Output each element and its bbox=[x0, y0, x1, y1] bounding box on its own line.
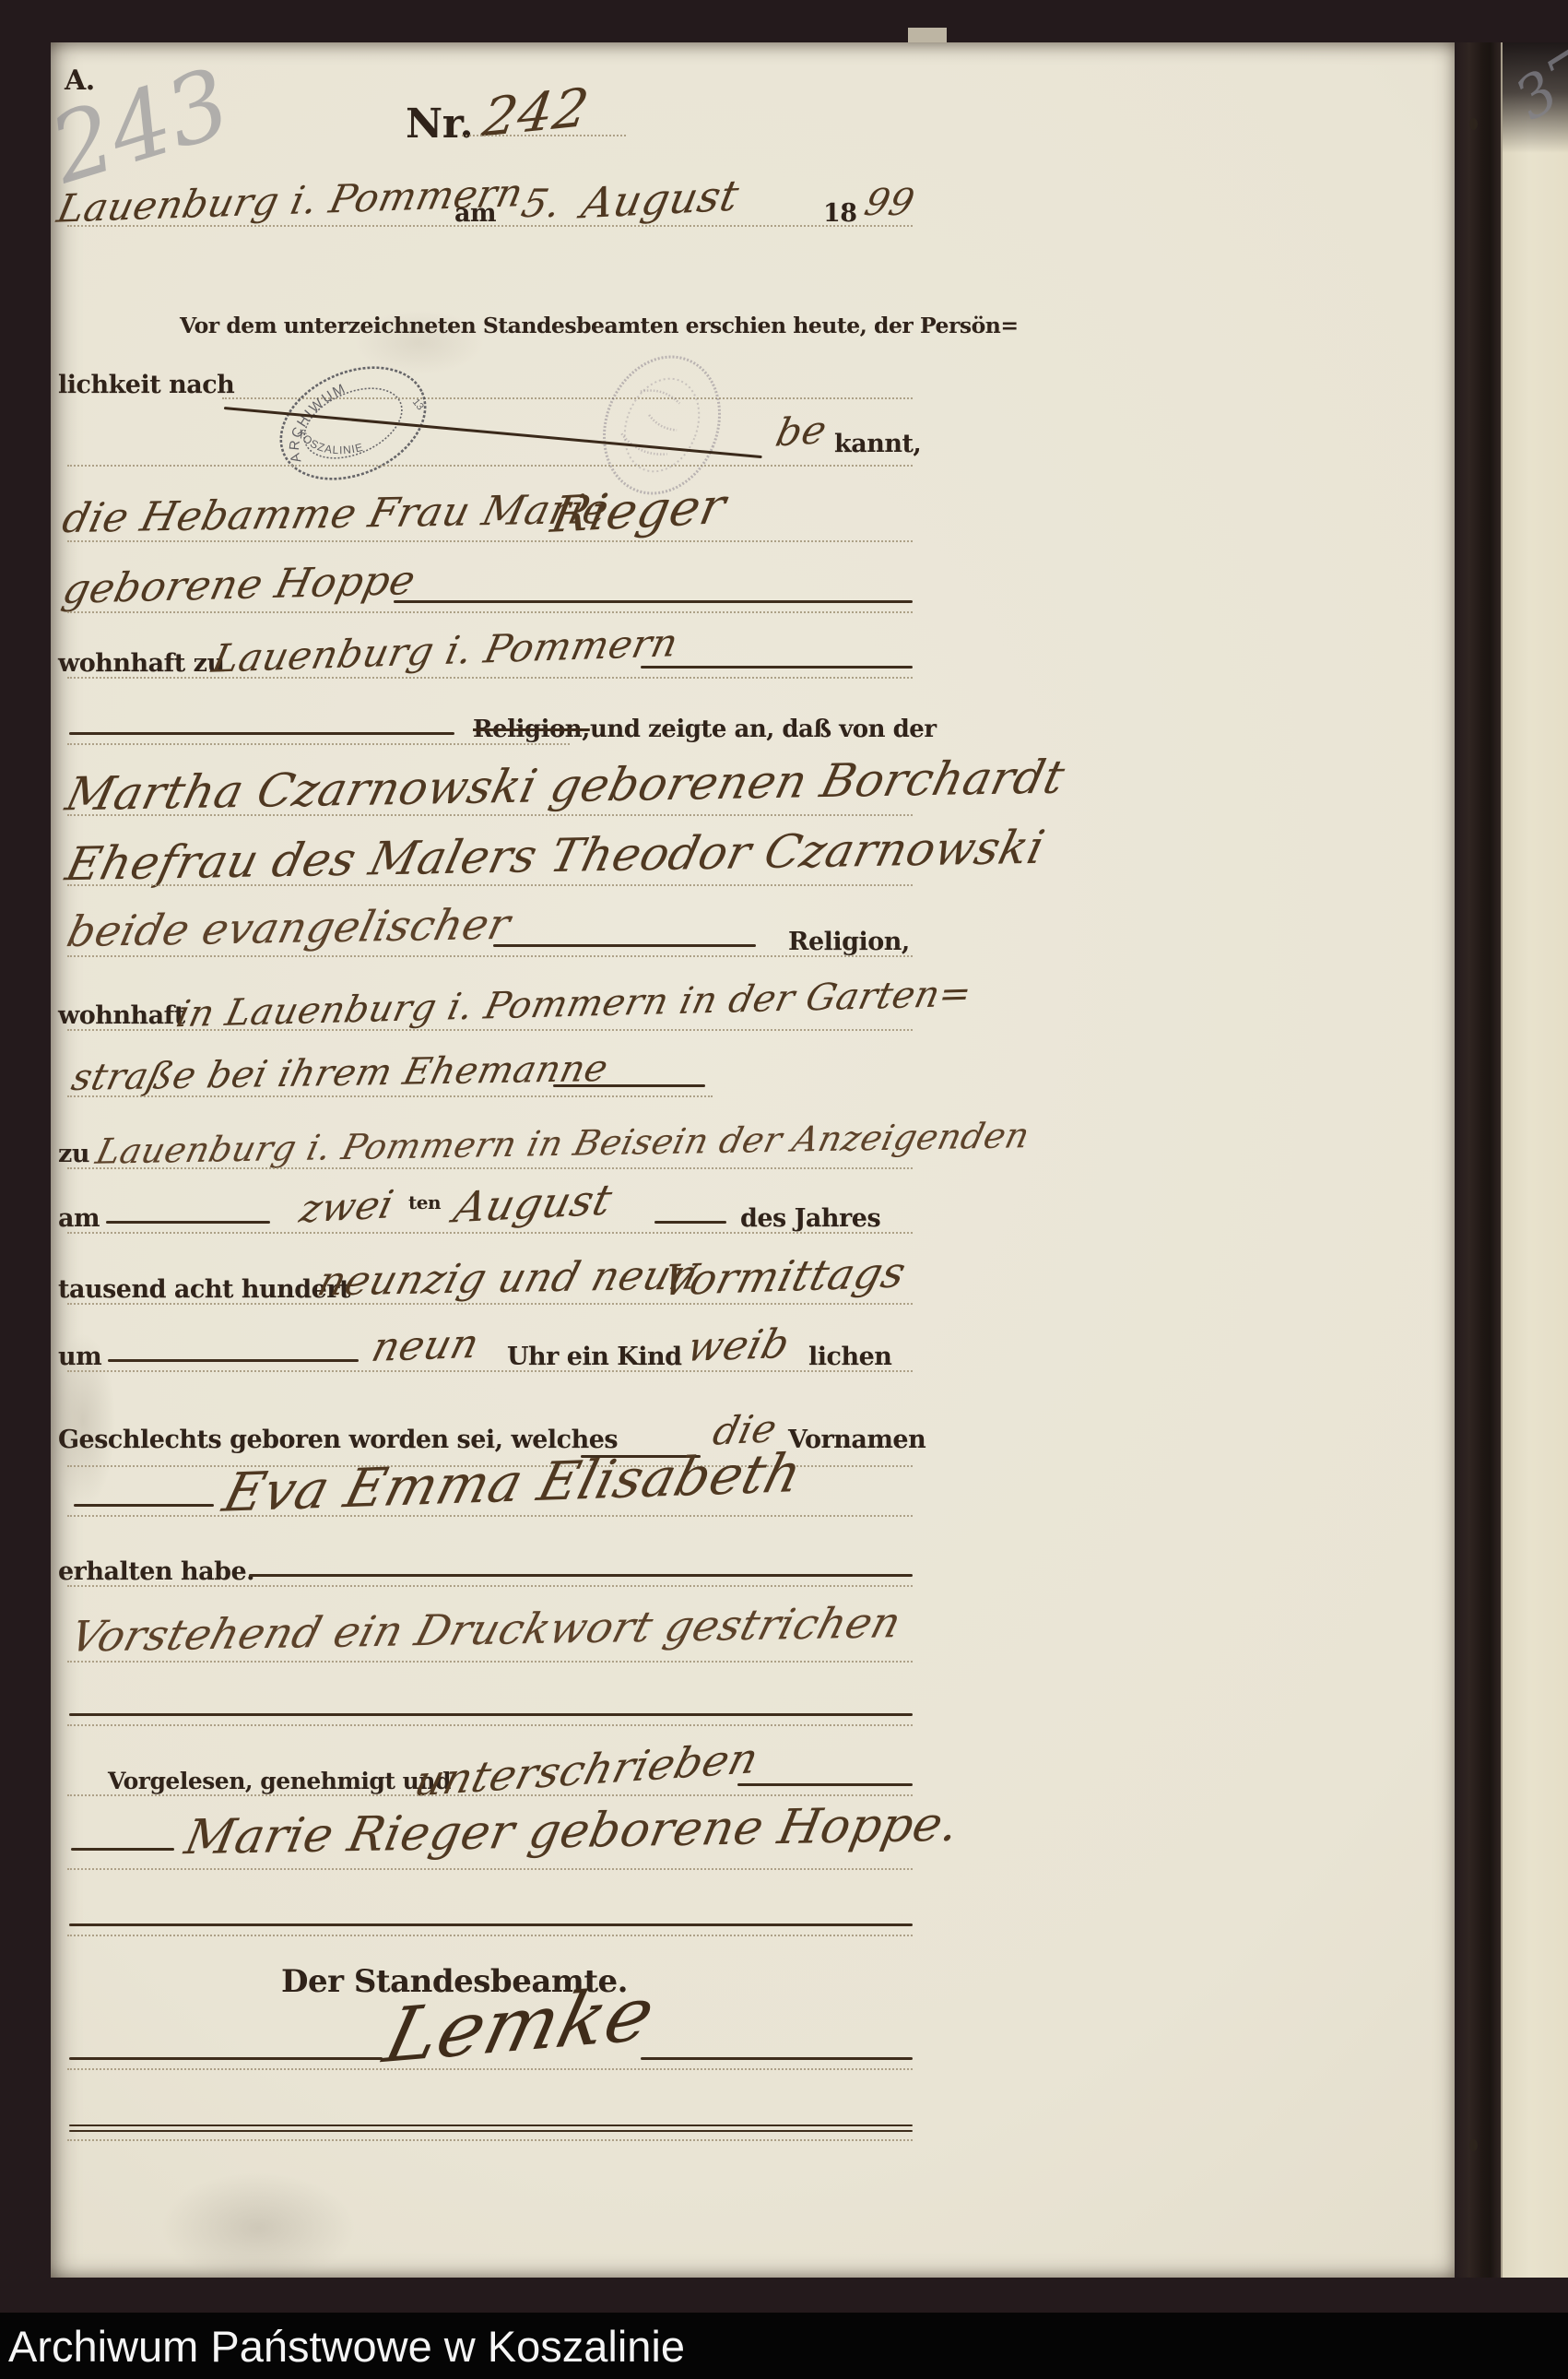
birth-month-handwriting: August bbox=[450, 1178, 617, 1230]
binding-stitch bbox=[1469, 2139, 1478, 2151]
lichen-printed: lichen bbox=[808, 1344, 891, 1370]
declarant-line2-handwriting: geborene Hoppe bbox=[59, 560, 419, 611]
declarant-signature-handwriting: Marie Rieger geborene Hoppe. bbox=[181, 1800, 962, 1864]
mother-husband-handwriting: Ehefrau des Malers Theodor Czarnowski bbox=[62, 823, 1049, 889]
birth-hour-handwriting: neun bbox=[368, 1323, 484, 1369]
register-page: A. 243 Nr. 242 Lauenburg i. Pommern am 5… bbox=[51, 42, 1455, 2278]
dateline-year-handwriting: 99 bbox=[861, 183, 918, 222]
dotted-baseline bbox=[67, 225, 913, 227]
dotted-baseline bbox=[67, 465, 913, 467]
archive-scan: 37 A. 243 Nr. 242 Lauenburg i. Pommern a… bbox=[0, 0, 1568, 2379]
ink-rule bbox=[641, 2057, 913, 2060]
dateline-month-handwriting: August bbox=[578, 173, 742, 226]
dateline-century-printed: 18 bbox=[823, 201, 857, 227]
page-top-notch bbox=[908, 28, 947, 43]
ink-rule bbox=[74, 1504, 214, 1507]
des-jahres-printed: des Jahres bbox=[740, 1206, 880, 1232]
dotted-baseline bbox=[67, 1167, 913, 1169]
dateline-am-printed: am bbox=[454, 201, 496, 227]
ink-rule bbox=[69, 732, 454, 735]
dotted-baseline bbox=[67, 1029, 913, 1031]
declarant-line1-handwriting: die Hebamme Frau Marie bbox=[58, 489, 612, 540]
um-printed: um bbox=[58, 1344, 101, 1370]
mother-name-handwriting: Martha Czarnowski geborenen Borchardt bbox=[62, 753, 1069, 819]
intro-line1-printed: Vor dem unterzeichneten Standesbeamten e… bbox=[180, 314, 1019, 337]
geschlechts-printed: Geschlechts geboren worden sei, welches bbox=[58, 1427, 618, 1453]
archive-name-label: Archiwum Państwowe w Koszalinie bbox=[8, 2321, 685, 2372]
dotted-baseline bbox=[67, 1370, 913, 1372]
correction-note-handwriting: Vorstehend ein Druckwort gestrichen bbox=[65, 1600, 906, 1659]
dateline-day-handwriting: 5. bbox=[518, 183, 566, 224]
registrar-signature-handwriting: Lemke bbox=[377, 1975, 662, 2077]
dotted-baseline bbox=[67, 540, 913, 542]
dotted-baseline bbox=[462, 135, 626, 136]
ink-rule bbox=[69, 2130, 913, 2132]
dotted-baseline bbox=[67, 1661, 913, 1663]
ink-rule bbox=[71, 1848, 174, 1851]
dotted-baseline bbox=[67, 1935, 913, 1936]
daytime-handwriting: Vormittags bbox=[658, 1249, 911, 1302]
ink-rule bbox=[69, 2057, 383, 2060]
day-suffix-printed: ten bbox=[408, 1193, 441, 1213]
sex-handwriting: weib bbox=[683, 1323, 795, 1369]
religion-word-printed: Religion, bbox=[788, 929, 910, 955]
zeigte-an-printed: und zeigte an, daß von der bbox=[590, 717, 937, 742]
birth-year-handwriting: neunzig und neun bbox=[313, 1254, 703, 1303]
paper-stain bbox=[161, 2172, 355, 2283]
religion-word-struck-printed: Religion, bbox=[473, 717, 590, 742]
archive-caption-bar: Archiwum Państwowe w Koszalinie bbox=[0, 2313, 1568, 2379]
am-printed: am bbox=[58, 1206, 100, 1232]
ink-rule bbox=[737, 1783, 913, 1786]
ink-rule bbox=[69, 1923, 913, 1926]
uhr-ein-kind-printed: Uhr ein Kind bbox=[507, 1344, 682, 1370]
dotted-baseline bbox=[67, 611, 913, 613]
ink-rule bbox=[654, 1221, 726, 1224]
ink-rule bbox=[69, 1713, 913, 1716]
dotted-baseline bbox=[67, 2139, 913, 2141]
dotted-baseline bbox=[67, 1794, 913, 1796]
ink-rule bbox=[553, 1084, 705, 1087]
dotted-baseline bbox=[67, 884, 913, 886]
dotted-baseline bbox=[67, 955, 913, 957]
residence-place-handwriting: Lauenburg i. Pommern bbox=[208, 622, 681, 680]
mother-residence-handwriting: in Lauenburg i. Pommern in der Garten= bbox=[173, 975, 975, 1034]
dotted-baseline bbox=[67, 1515, 913, 1517]
dotted-baseline bbox=[67, 743, 570, 745]
dotted-baseline bbox=[67, 2068, 913, 2070]
dotted-baseline bbox=[67, 1303, 913, 1305]
dotted-baseline bbox=[67, 1095, 713, 1097]
next-page-edge: 37 bbox=[1501, 42, 1568, 2278]
dotted-baseline bbox=[67, 1724, 913, 1726]
dotted-baseline bbox=[67, 1585, 913, 1587]
child-names-handwriting: Eva Emma Elisabeth bbox=[218, 1445, 808, 1521]
dotted-baseline bbox=[67, 677, 913, 679]
birthplace-handwriting: Lauenburg i. Pommern in Beisein der Anze… bbox=[92, 1118, 1032, 1170]
dotted-baseline bbox=[67, 1868, 913, 1870]
residence-label-printed: wohnhaft zu bbox=[58, 651, 225, 677]
bekannt-handwriting: be bbox=[772, 409, 831, 454]
ink-rule bbox=[108, 1359, 359, 1362]
ink-rule bbox=[641, 666, 913, 669]
zu-printed: zu bbox=[58, 1142, 89, 1167]
unterschrieben-handwriting: unterschrieben bbox=[410, 1735, 763, 1804]
erhalten-printed: erhalten habe. bbox=[58, 1559, 254, 1585]
declarant-surname-handwriting: Rieger bbox=[547, 480, 730, 541]
record-number-label: Nr. bbox=[406, 103, 473, 146]
ink-rule bbox=[249, 1574, 913, 1577]
religion-both-handwriting: beide evangelischer bbox=[63, 902, 514, 954]
wohnhaft-printed: wohnhaft bbox=[58, 1003, 185, 1029]
vornamen-printed: Vornamen bbox=[788, 1427, 925, 1453]
mother-street-handwriting: straße bei ihrem Ehemanne bbox=[68, 1049, 612, 1097]
intro-line2-printed: lichkeit nach bbox=[58, 373, 234, 398]
dotted-baseline bbox=[67, 814, 913, 816]
birth-day-handwriting: zwei bbox=[296, 1184, 397, 1229]
ink-rule bbox=[69, 2125, 913, 2126]
ink-rule bbox=[493, 944, 756, 947]
vorgelesen-printed: Vorgelesen, genehmigt und bbox=[108, 1769, 451, 1793]
ink-rule bbox=[106, 1221, 270, 1224]
binding-gap bbox=[1453, 42, 1501, 2278]
tausend-printed: tausend acht hundert bbox=[58, 1277, 350, 1303]
dotted-baseline bbox=[67, 1232, 913, 1234]
binding-stitch bbox=[1469, 118, 1478, 130]
ink-rule bbox=[394, 600, 913, 603]
bekannt-printed: kannt, bbox=[834, 432, 921, 457]
